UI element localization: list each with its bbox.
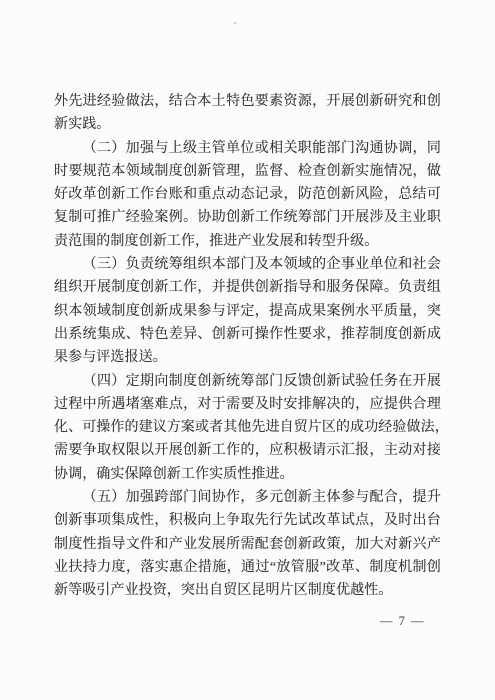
paragraph-1: 外先进经验做法，结合本土特色要素资源，开展创新研究和创新实践。	[54, 90, 441, 137]
paragraph-3: （三）负责统筹组织本部门及本领域的企事业单位和社会组织开展制度创新工作，并提供创…	[54, 253, 441, 369]
text-line: （四）定期向制度创新统筹部门反馈创新试验任务在开展	[54, 370, 441, 393]
page-number: — 7 —	[54, 614, 441, 629]
text-line: 协调，确实保障创新工作实质性推进。	[54, 463, 441, 486]
text-line: 组织开展制度创新工作，并提供创新指导和服务保障。负责组	[54, 276, 441, 299]
document-page: 外先进经验做法，结合本土特色要素资源，开展创新研究和创新实践。（二）加强与上级主…	[0, 0, 495, 700]
paragraph-2: （二）加强与上级主管单位或相关职能部门沟通协调，同时要规范本领域制度创新管理，监…	[54, 137, 441, 253]
text-line: 创新事项集成性，积极向上争取先行先试改革试点，及时出台	[54, 509, 441, 532]
text-line: 责范围的制度创新工作，推进产业发展和转型升级。	[54, 230, 441, 253]
text-line: 时要规范本领域制度创新管理，监督、检查创新实施情况，做	[54, 160, 441, 183]
text-line: 复制可推广经验案例。协助创新工作统筹部门开展涉及主业职	[54, 206, 441, 229]
text-line: 织本领域制度创新成果参与评定，提高成果案例水平质量，突	[54, 300, 441, 323]
text-line: 出系统集成、特色差异、创新可操作性要求，推荐制度创新成	[54, 323, 441, 346]
text-line: 好改革创新工作台账和重点动态记录，防范创新风险，总结可	[54, 183, 441, 206]
scan-artifact	[233, 22, 237, 24]
text-line: 外先进经验做法，结合本土特色要素资源，开展创新研究和创	[54, 90, 441, 113]
text-line: 果参与评选报送。	[54, 346, 441, 369]
text-line: （二）加强与上级主管单位或相关职能部门沟通协调，同	[54, 137, 441, 160]
text-line: 需要争取权限以开展创新工作的，应积极请示汇报，主动对接	[54, 439, 441, 462]
text-line: 过程中所遇堵塞难点，对于需要及时安排解决的，应提供合理	[54, 393, 441, 416]
text-line: （五）加强跨部门间协作，多元创新主体参与配合，提升	[54, 486, 441, 509]
text-line: 化、可操作的建议方案或者其他先进自贸片区的成功经验做法，	[54, 416, 441, 439]
document-body: 外先进经验做法，结合本土特色要素资源，开展创新研究和创新实践。（二）加强与上级主…	[54, 90, 441, 603]
text-line: （三）负责统筹组织本部门及本领域的企事业单位和社会	[54, 253, 441, 276]
text-line: 新实践。	[54, 113, 441, 136]
text-line: 业扶持力度，落实惠企措施，通过“放管服”改革、制度机制创	[54, 556, 441, 579]
text-line: 新等吸引产业投资，突出自贸区昆明片区制度优越性。	[54, 579, 441, 602]
text-line: 制度性指导文件和产业发展所需配套创新政策，加大对新兴产	[54, 533, 441, 556]
paragraph-4: （四）定期向制度创新统筹部门反馈创新试验任务在开展过程中所遇堵塞难点，对于需要及…	[54, 370, 441, 486]
paragraph-5: （五）加强跨部门间协作，多元创新主体参与配合，提升创新事项集成性，积极向上争取先…	[54, 486, 441, 602]
